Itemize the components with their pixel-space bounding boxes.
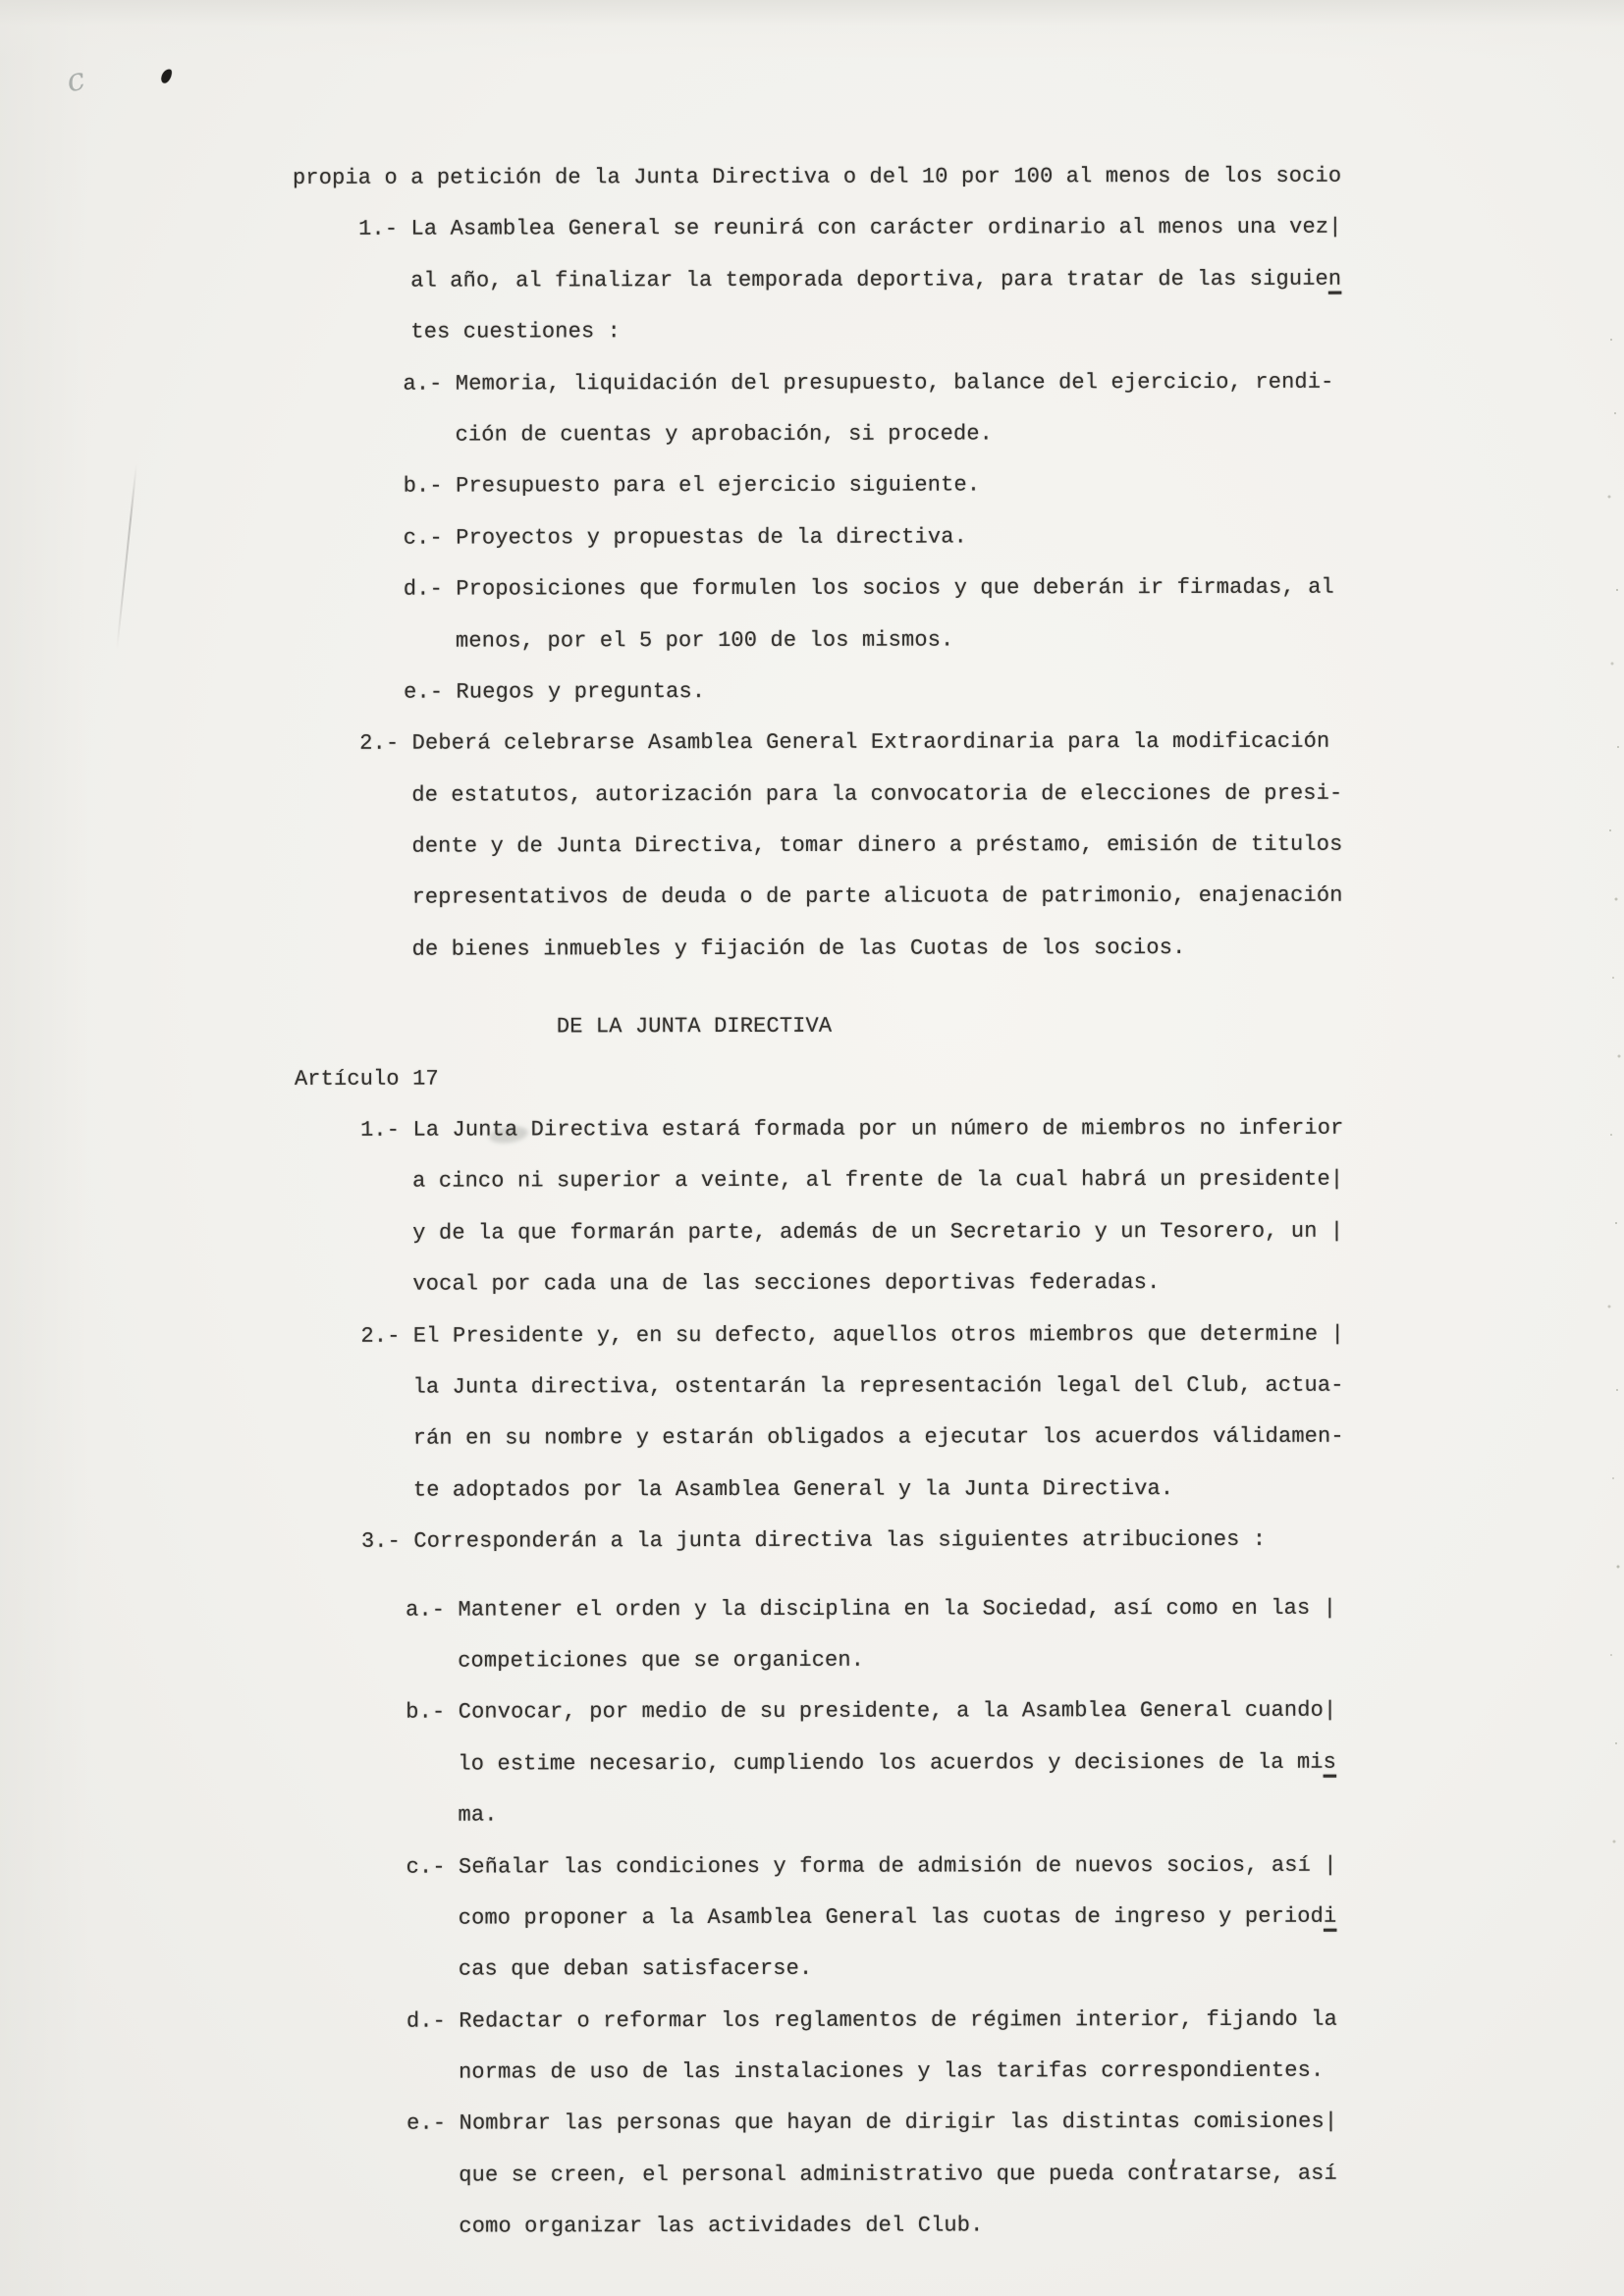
list-item-line: 2.- Deberá celebrarse Asamblea General E… [1, 716, 1624, 771]
sub-item-continuation: ción de cuentas y aprobación, si procede… [1, 407, 1624, 462]
text-line-continuation: de bienes inmuebles y fijación de las Cu… [2, 922, 1624, 977]
sub-item-line: a.- Mantener el orden y la disciplina en… [3, 1582, 1624, 1637]
sub-item-line: c.- Señalar las condiciones y forma de a… [4, 1840, 1624, 1895]
list-item-line: 1.- La Asamblea General se reunirá con c… [0, 201, 1624, 256]
sub-item-continuation: que se creen, el personal administrativo… [4, 2148, 1624, 2203]
sub-item-line: b.- Presupuesto para el ejercicio siguie… [1, 458, 1624, 513]
hyphenation-underscore: i [1324, 1904, 1336, 1929]
hyphenation-underscore: s [1324, 1749, 1336, 1774]
sub-item-continuation: como proponer a la Asamblea General las … [4, 1891, 1624, 1946]
sub-item-continuation: normas de uso de las instalaciones y las… [4, 2045, 1624, 2100]
text-line-continuation: a cinco ni superior a veinte, al frente … [2, 1154, 1624, 1209]
sub-item-continuation: lo estime necesario, cumpliendo los acue… [3, 1736, 1624, 1791]
text-line-continuation: y de la que formarán parte, además de un… [2, 1205, 1624, 1260]
sub-item-continuation: competiciones que se organicen. [3, 1633, 1624, 1688]
text-line-continuation: te adoptados por la Asamblea General y l… [3, 1463, 1624, 1518]
sub-item-line: d.- Proposiciones que formulen los socio… [1, 561, 1624, 616]
text-line-continuation: tes cuestiones : [0, 304, 1624, 359]
sub-item-continuation: ma. [3, 1788, 1624, 1842]
hyphenation-underscore: n [1328, 266, 1341, 291]
text-line-continuation: al año, al finalizar la temporada deport… [0, 253, 1624, 308]
sub-item-continuation: como organizar las actividades del Club. [4, 2199, 1624, 2254]
list-item-line: 2.- El Presidente y, en su defecto, aque… [2, 1308, 1624, 1363]
typewritten-text-block: propia o a petición de la Junta Directiv… [0, 0, 1624, 2254]
list-item-line: 1.- La Junta Directiva estará formada po… [2, 1102, 1624, 1157]
scanned-document-page: { "paper": { "background": "#f2f1ed", "i… [0, 0, 1624, 2296]
sub-item-line: e.- Ruegos y preguntas. [1, 665, 1624, 720]
text-line-continuation: dente y de Junta Directiva, tomar dinero… [1, 819, 1624, 874]
sub-item-continuation: menos, por el 5 por 100 de los mismos. [1, 614, 1624, 668]
text-line-continuation: vocal por cada una de las secciones depo… [2, 1256, 1624, 1311]
sub-item-line: d.- Redactar o reformar los reglamentos … [4, 1994, 1624, 2049]
sub-item-line: b.- Convocar, por medio de su presidente… [3, 1684, 1624, 1739]
text-line-continuation: la Junta directiva, ostentarán la repres… [3, 1360, 1624, 1415]
text-line: propia o a petición de la Junta Directiv… [0, 150, 1624, 205]
page-surface: c ' propia o a petición de la Junta Dire… [0, 0, 1624, 2296]
sub-item-continuation: cas que deban satisfacerse. [4, 1942, 1624, 1997]
section-heading: DE LA JUNTA DIRECTIVA [2, 999, 1624, 1054]
text-line-continuation: de estatutos, autorización para la convo… [1, 768, 1624, 823]
sub-item-line: e.- Nombrar las personas que hayan de di… [4, 2097, 1624, 2152]
sub-item-line: a.- Memoria, liquidación del presupuesto… [0, 356, 1624, 411]
text-line-continuation: rán en su nombre y estarán obligados a e… [3, 1411, 1624, 1466]
sub-item-line: c.- Proyectos y propuestas de la directi… [1, 510, 1624, 565]
text-line: Artículo 17 [2, 1051, 1624, 1106]
text-line-continuation: representativos de deuda o de parte alic… [2, 871, 1624, 926]
list-item-line: 3.- Corresponderán a la junta directiva … [3, 1514, 1624, 1569]
